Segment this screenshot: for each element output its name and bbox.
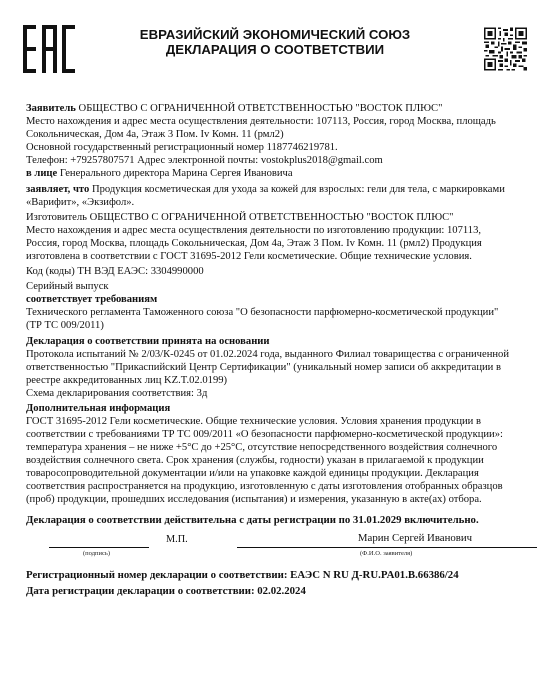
represented-by: Генерального директора Марина Сергея Ива… [57, 168, 292, 179]
basis-label: Декларация о соответствии принята на осн… [26, 335, 536, 348]
manufacturer-address-line2: Россия, город Москва, площадь Сокольниче… [26, 237, 536, 250]
stamp-label: М.П. [166, 534, 188, 545]
applicant-address-line1: Место нахождения и адрес места осуществл… [26, 115, 536, 128]
applicant-ogrn: Основной государственный регистрационный… [26, 141, 536, 154]
name-caption: (Ф.И.О. заявителя) [360, 550, 412, 557]
regulation-line2: (ТР ТС 009/2011) [26, 319, 536, 332]
applicant-name: ОБЩЕСТВО С ОГРАНИЧЕННОЙ ОТВЕТСТВЕННОСТЬЮ… [76, 103, 443, 114]
represented-label: в лице [26, 168, 57, 179]
basis-line1: Протокола испытаний № 2/03/К-0245 от 01.… [26, 348, 536, 361]
name-line [237, 547, 537, 548]
qr-code-icon[interactable] [484, 27, 527, 71]
manufacturer: Изготовитель ОБЩЕСТВО С ОГРАНИЧЕННОЙ ОТВ… [26, 211, 536, 224]
basis-line2: ответственностью "Прикаспийский Центр Се… [26, 361, 536, 374]
regulation-line1: Технического регламента Таможенного союз… [26, 306, 536, 319]
eac-mark-icon [23, 25, 75, 73]
complies-label: соответствует требованиям [26, 293, 536, 306]
applicant-section: Заявитель ОБЩЕСТВО С ОГРАНИЧЕННОЙ ОТВЕТС… [26, 102, 536, 180]
additional-info-line: (проб) продукции, прошедших исследования… [26, 493, 536, 506]
manufacturer-address-line3: изготовлена в соответствии с ГОСТ 31695-… [26, 250, 536, 263]
declaration-scheme: Схема декларирования соответствия: 3д [26, 387, 536, 400]
additional-info-line: ГОСТ 31695-2012 Гели косметические. Общи… [26, 415, 536, 428]
registration-number: Регистрационный номер декларации о соотв… [26, 569, 459, 581]
signer-name: Марин Сергей Иванович [330, 532, 500, 544]
product-description-cont: «Варифит», «Экзифол». [26, 196, 536, 209]
document-header: ЕВРАЗИЙСКИЙ ЭКОНОМИЧЕСКИЙ СОЮЗ ДЕКЛАРАЦИ… [110, 27, 440, 57]
registration-date: Дата регистрации декларации о соответств… [26, 585, 306, 597]
manufacturer-address-line1: Место нахождения и адрес места осуществл… [26, 224, 536, 237]
document-type: ДЕКЛАРАЦИЯ О СООТВЕТСТВИИ [110, 42, 440, 57]
additional-info-line: товаросопроводительной документации и/ил… [26, 467, 536, 480]
additional-info-line: температура хранения – не ниже +5°С до +… [26, 441, 536, 454]
declares-label: заявляет, что [26, 184, 89, 195]
applicant-address-line2: Сокольническая, Дом 4а, Этаж 3 Пом. Iv К… [26, 128, 536, 141]
applicant-label: Заявитель [26, 103, 76, 114]
basis-section: Декларация о соответствии принята на осн… [26, 335, 536, 400]
additional-info-label: Дополнительная информация [26, 402, 536, 415]
additional-info-line: воздействия солнечного света. Срок хране… [26, 454, 536, 467]
additional-info-section: Дополнительная информация ГОСТ 31695-201… [26, 402, 536, 506]
basis-line3: реестре аккредитованных лиц KZ.T.02.0199… [26, 374, 536, 387]
applicant-contacts: Телефон: +79257807571 Адрес электронной … [26, 154, 536, 167]
product-description: Продукция косметическая для ухода за кож… [89, 184, 505, 195]
product-section: заявляет, что Продукция косметическая дл… [26, 183, 536, 332]
declaration-body: Заявитель ОБЩЕСТВО С ОГРАНИЧЕННОЙ ОТВЕТС… [26, 102, 536, 506]
validity-statement: Декларация о соответствии действительна … [26, 514, 479, 526]
signature-caption: (подпись) [83, 550, 110, 557]
union-name: ЕВРАЗИЙСКИЙ ЭКОНОМИЧЕСКИЙ СОЮЗ [110, 27, 440, 42]
additional-info-line: соответствия распространяется на продукц… [26, 480, 536, 493]
declaration-page: ЕВРАЗИЙСКИЙ ЭКОНОМИЧЕСКИЙ СОЮЗ ДЕКЛАРАЦИ… [0, 0, 556, 692]
additional-info-line: соответствии с требованиями ТР ТС 009/20… [26, 428, 536, 441]
tn-ved-code: Код (коды) ТН ВЭД ЕАЭС: 3304990000 [26, 265, 536, 278]
production-type: Серийный выпуск [26, 280, 536, 293]
signature-line [49, 547, 149, 548]
